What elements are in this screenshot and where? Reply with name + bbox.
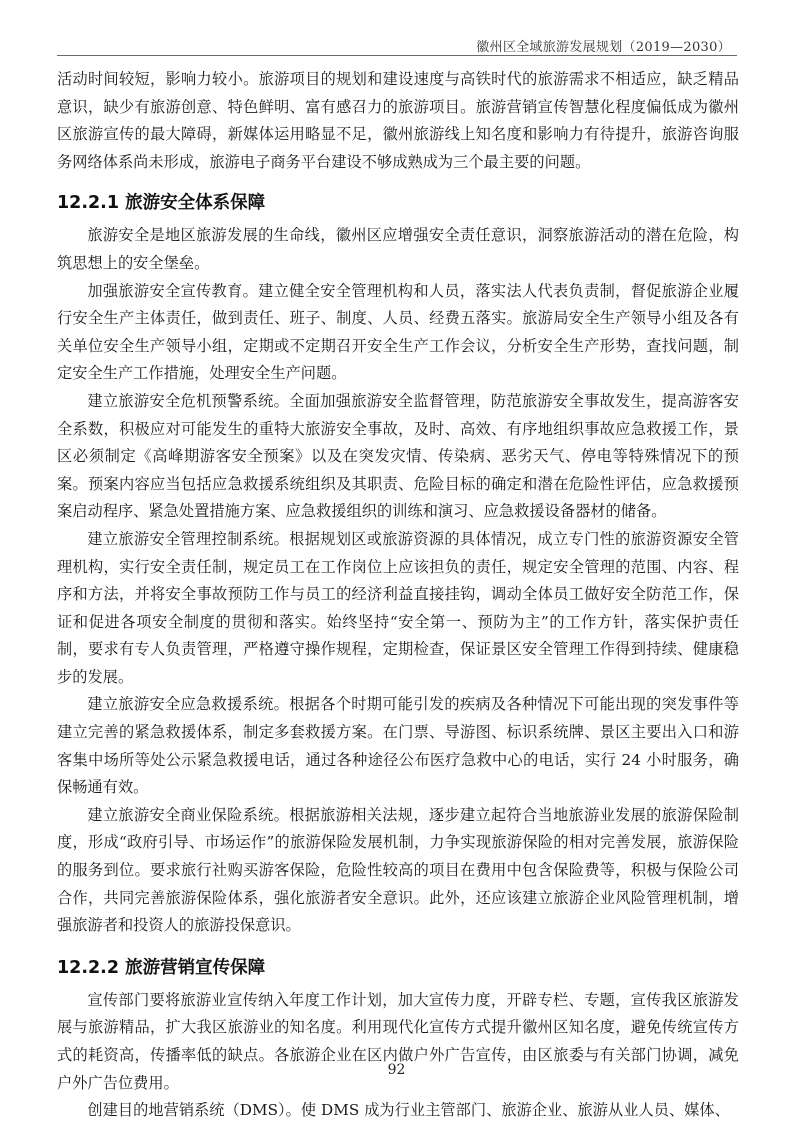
page-header: 徽州区全域旅游发展规划（2019—2030） — [57, 30, 737, 56]
document-title: 徽州区全域旅游发展规划（2019—2030） — [476, 36, 731, 55]
body-paragraph: 加强旅游安全宣传教育。建立健全安全管理机构和人员，落实法人代表负责制，督促旅游企… — [57, 278, 739, 388]
section-heading-safety: 12.2.1 旅游安全体系保障 — [57, 188, 739, 218]
page-number: 92 — [0, 1062, 793, 1078]
body-paragraph: 建立旅游安全危机预警系统。全面加强旅游安全监督管理，防范旅游安全事故发生，提高游… — [57, 388, 739, 526]
body-paragraph: 建立旅游安全商业保险系统。根据旅游相关法规，逐步建立起符合当地旅游业发展的旅游保… — [57, 802, 739, 940]
section-heading-marketing: 12.2.2 旅游营销宣传保障 — [57, 953, 739, 983]
body-paragraph: 建立旅游安全应急救援系统。根据各个时期可能引发的疾病及各种情况下可能出现的突发事… — [57, 691, 739, 801]
body-paragraph: 旅游安全是地区旅游发展的生命线，徽州区应增强安全责任意识，洞察旅游活动的潜在危险… — [57, 222, 739, 277]
body-paragraph: 宣传部门要将旅游业宣传纳入年度工作计划，加大宣传力度，开辟专栏、专题，宣传我区旅… — [57, 987, 739, 1097]
page-body: 活动时间较短，影响力较小。旅游项目的规划和建设速度与高铁时代的旅游需求不相适应，… — [57, 66, 739, 1122]
intro-paragraph: 活动时间较短，影响力较小。旅游项目的规划和建设速度与高铁时代的旅游需求不相适应，… — [57, 66, 739, 176]
body-paragraph: 创建目的地营销系统（DMS）。使 DMS 成为行业主管部门、旅游企业、旅游从业人… — [57, 1097, 739, 1122]
body-paragraph: 建立旅游安全管理控制系统。根据规划区或旅游资源的具体情况，成立专门性的旅游资源安… — [57, 526, 739, 692]
